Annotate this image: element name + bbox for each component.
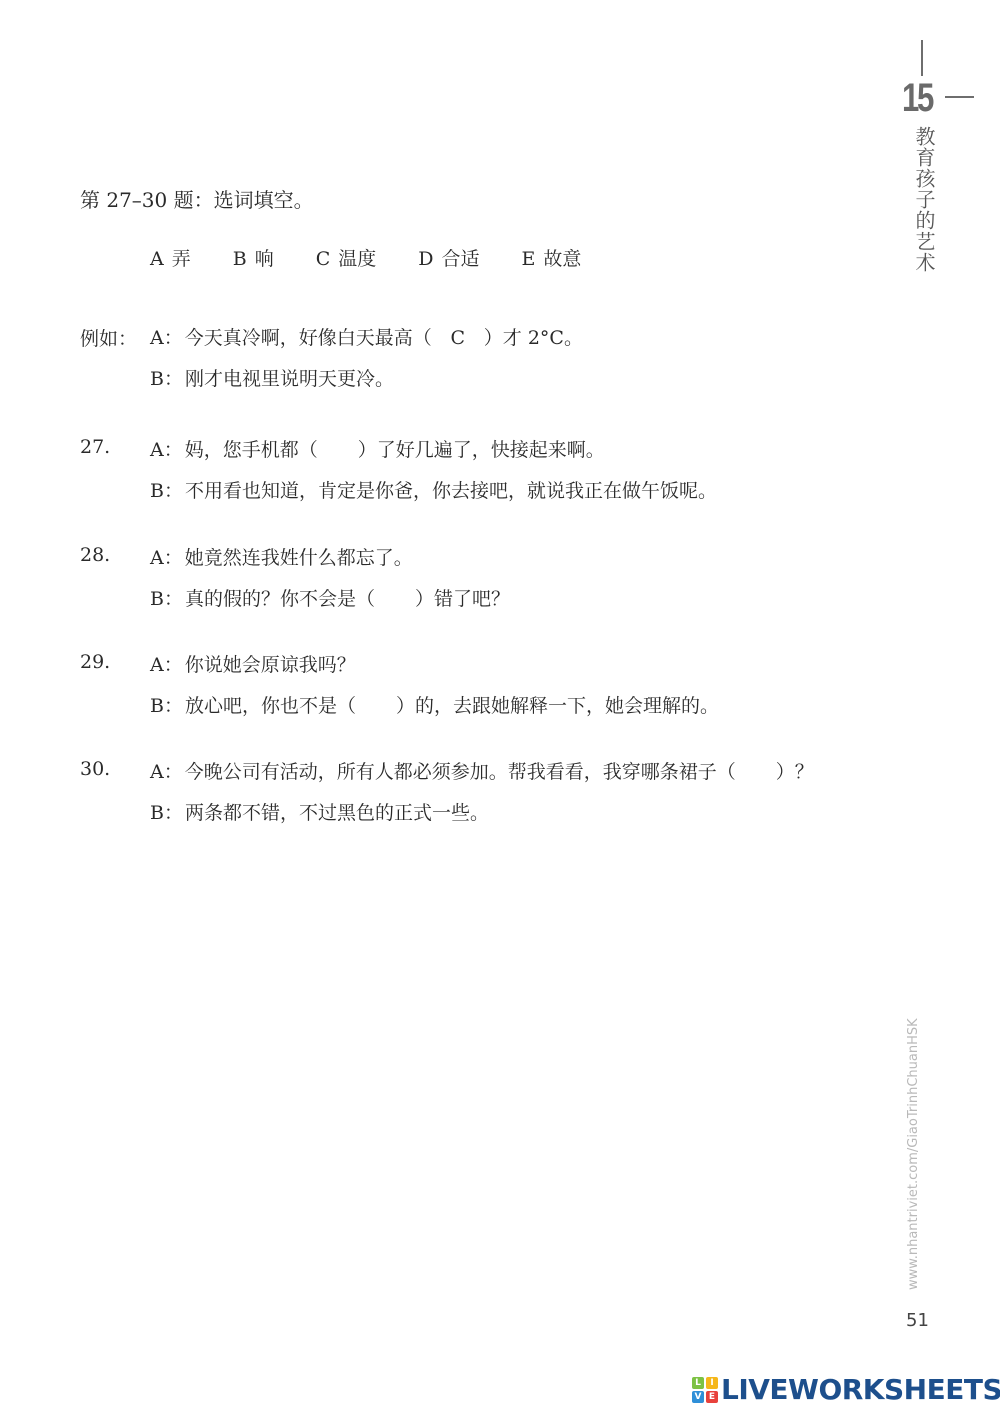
logo-square-v: V [692,1391,704,1403]
question-number: 29. [80,651,148,673]
question-line-a: A：你说她会原谅我吗？ [150,651,356,679]
speaker-b: B： [150,802,183,824]
paren-open: （ [356,585,375,613]
question-line-b: B：真的假的？你不会是（）错了吧？ [150,585,510,613]
question-line-b: B：放心吧，你也不是（）的，去跟她解释一下，她会理解的。 [150,692,719,720]
logo-square-e: E [706,1391,718,1403]
line-text: 才 2°C。 [503,327,583,349]
line-text: 错了吧？ [434,588,510,610]
speaker-a: A： [150,439,183,461]
paren-open: （ [413,324,432,352]
option-letter: C [316,245,331,273]
option-c: C 温度 [316,245,377,273]
question-line-a: A：妈，您手机都（）了好几遍了，快接起来啊。 [150,436,605,464]
line-text: 放心吧，你也不是 [185,695,337,717]
speaker-b: B： [150,695,183,717]
question-line-a: A：今晚公司有活动，所有人都必须参加。帮我看看，我穿哪条裙子（）？ [150,758,814,786]
paren-open: （ [299,436,318,464]
speaker-b: B： [150,480,183,502]
line-text: 今晚公司有活动，所有人都必须参加。帮我看看，我穿哪条裙子 [185,761,717,783]
speaker-b: B： [150,588,183,610]
option-d: D 合适 [418,245,479,273]
question-line-b: B：两条都不错，不过黑色的正式一些。 [150,799,489,827]
option-word: 温度 [338,245,376,273]
line-text: 她竟然连我姓什么都忘了。 [185,547,413,569]
paren-open: （ [717,758,736,786]
logo-square-i: I [706,1377,718,1389]
paren-close: ） [484,324,503,352]
liveworksheets-logo[interactable]: L I V E LIVEWORKSHEETS [692,1375,1000,1405]
live-squares-icon: L I V E [692,1377,718,1403]
option-word: 响 [255,245,274,273]
question-number: 30. [80,758,148,780]
question-line-a: A：她竟然连我姓什么都忘了。 [150,544,413,572]
speaker-a: A： [150,761,183,783]
chapter-title: 教育孩子的艺术 [910,126,934,273]
option-letter: B [233,245,247,273]
line-text: 不用看也知道，肯定是你爸，你去接吧，就说我正在做午饭呢。 [185,480,717,502]
example-line-a: A：今天真冷啊，好像白天最高（C）才 2°C。 [150,324,583,352]
example-answer: C [432,324,484,352]
example-line-b: B：刚才电视里说明天更冷。 [150,365,394,393]
option-word: 故意 [543,245,581,273]
option-letter: A [150,245,164,273]
option-word: 弄 [172,245,191,273]
chapter-vertical-rule [921,40,923,76]
worksheet-page: 15 教育孩子的艺术 第 27–30 题：选词填空。 A 弄 B 响 C 温度 … [0,0,1000,1414]
option-word: 合适 [442,245,480,273]
speaker-a: A： [150,654,183,676]
paren-open: （ [337,692,356,720]
speaker-b: B： [150,368,183,390]
publisher-watermark: www.nhantriviet.com/GiaoTrinhChuanHSK [906,1000,926,1290]
option-a: A 弄 [150,245,191,273]
speaker-a: A： [150,327,183,349]
line-text: 真的假的？你不会是 [185,588,356,610]
page-number: 51 [906,1310,929,1331]
paren-close: ） [396,692,415,720]
line-text: 两条都不错，不过黑色的正式一些。 [185,802,489,824]
paren-close: ） [776,758,795,786]
line-text: 妈，您手机都 [185,439,299,461]
line-text: 了好几遍了，快接起来啊。 [377,439,605,461]
question-line-b: B：不用看也知道，肯定是你爸，你去接吧，就说我正在做午饭呢。 [150,477,717,505]
chapter-number: 15 [902,76,932,120]
option-letter: D [418,245,433,273]
question-number: 28. [80,544,148,566]
line-text: 刚才电视里说明天更冷。 [185,368,394,390]
line-text: 你说她会原谅我吗？ [185,654,356,676]
option-e: E 故意 [522,245,582,273]
line-text: ？ [795,761,814,783]
option-b: B 响 [233,245,274,273]
word-bank: A 弄 B 响 C 温度 D 合适 E 故意 [150,245,581,273]
paren-close: ） [358,436,377,464]
line-text: 今天真冷啊，好像白天最高 [185,327,413,349]
paren-close: ） [415,585,434,613]
logo-wordmark: LIVEWORKSHEETS [721,1375,1000,1405]
logo-square-l: L [692,1377,704,1389]
option-letter: E [522,245,536,273]
line-text: 的，去跟她解释一下，她会理解的。 [415,695,719,717]
question-number: 27. [80,436,148,458]
speaker-a: A： [150,547,183,569]
example-label: 例如： [80,324,148,351]
section-instruction: 第 27–30 题：选词填空。 [80,186,314,214]
chapter-horizontal-rule [945,96,974,98]
